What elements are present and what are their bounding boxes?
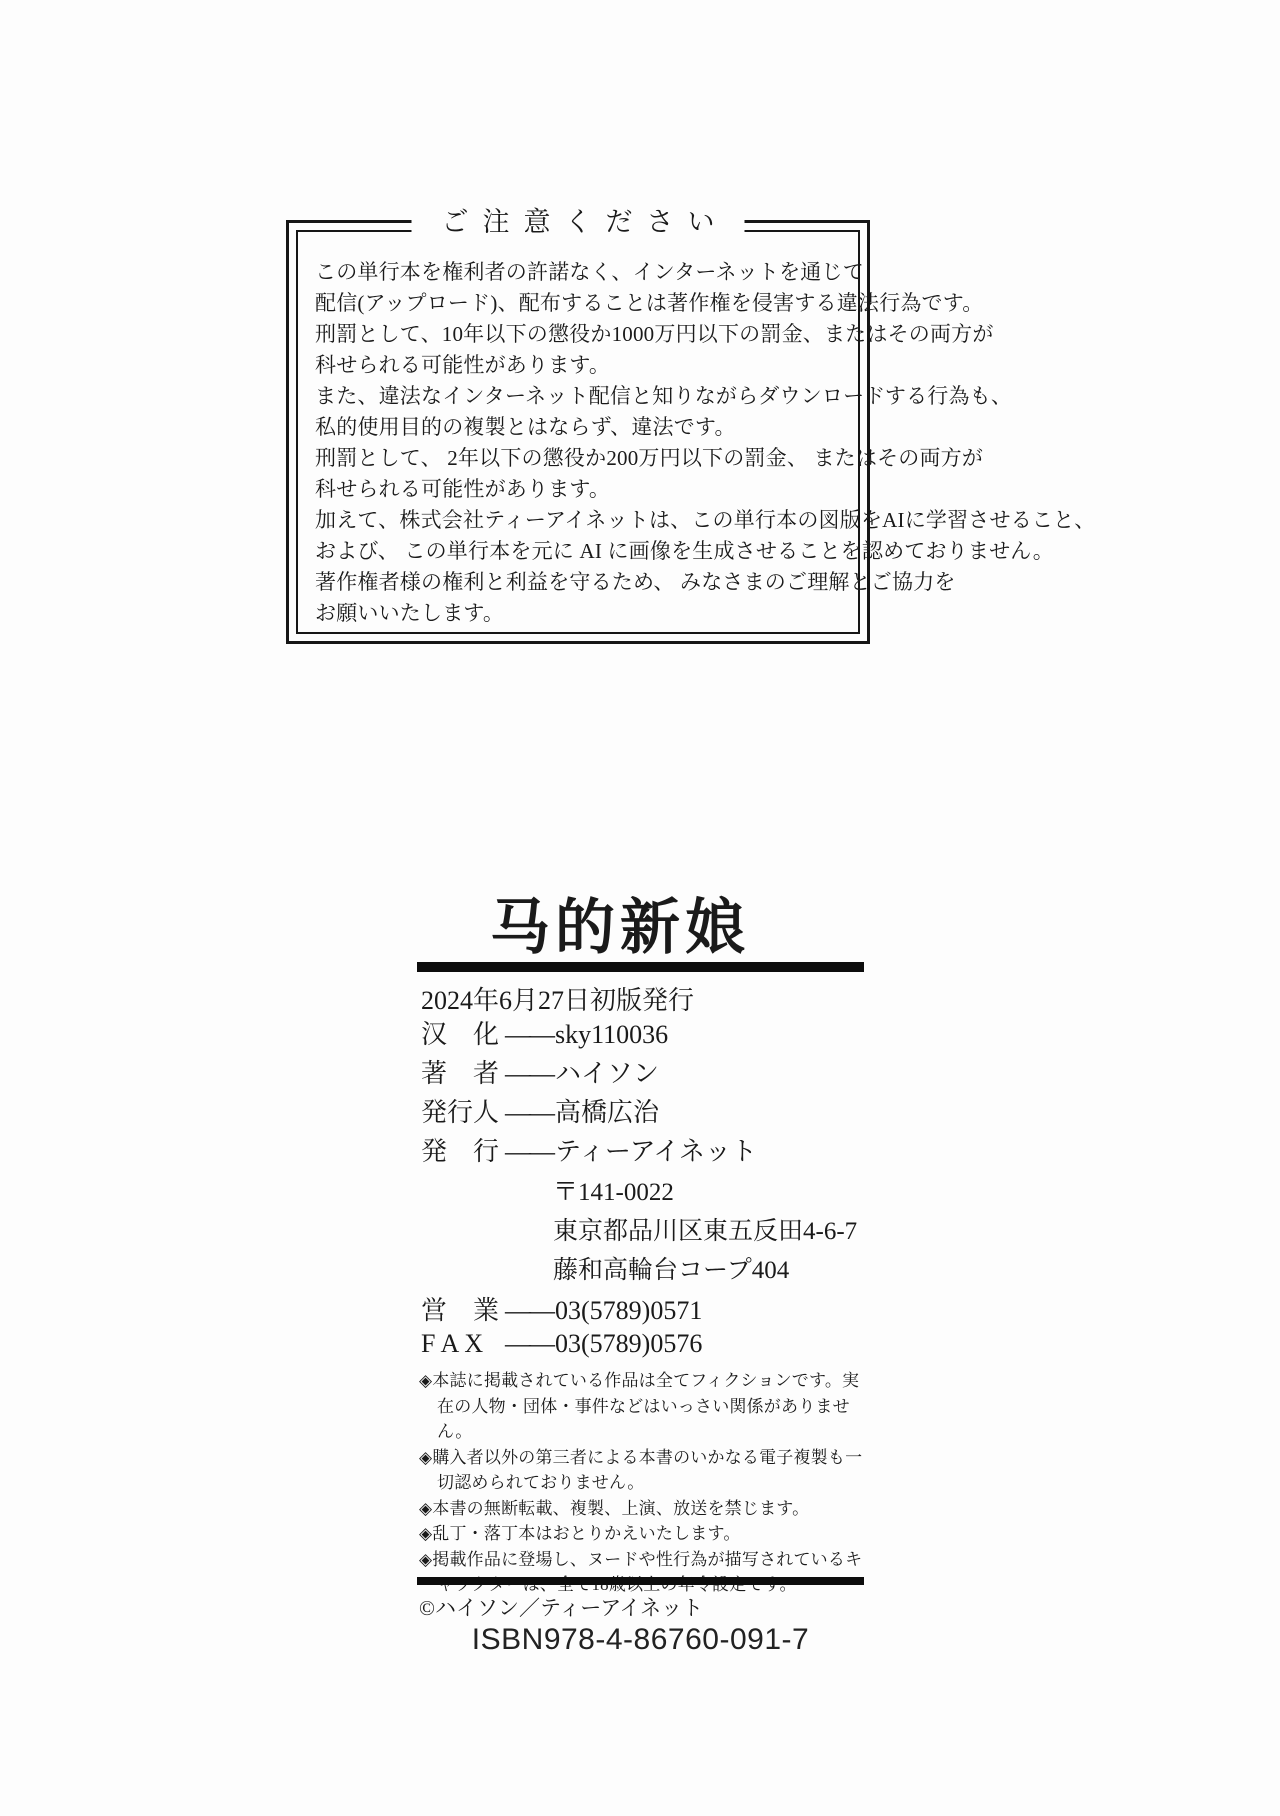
row-label: 汉 化: [421, 1014, 505, 1051]
notice-line: 私的使用目的の複製とはならず、違法です。: [315, 412, 855, 443]
note-item: ◈本書の無断転載、複製、上演、放送を禁じます。: [419, 1496, 871, 1522]
postal-code: 〒141-0022: [553, 1172, 674, 1208]
notice-line: 科せられる可能性があります。: [315, 474, 855, 505]
copyright-line: ©ハイソン／ティーアイネット: [419, 1592, 703, 1622]
note-text: 本誌に掲載されている作品は全てフィクションです。実在の人物・団体・事件などはいっ…: [432, 1371, 859, 1441]
note-item: ◈本誌に掲載されている作品は全てフィクションです。実在の人物・団体・事件などはい…: [419, 1368, 871, 1445]
row-label: 営 業: [421, 1290, 505, 1327]
legal-notes: ◈本誌に掲載されている作品は全てフィクションです。実在の人物・団体・事件などはい…: [419, 1368, 871, 1598]
colophon-row-author: 著 者——ハイソン: [421, 1053, 659, 1090]
notice-line: 著作権者様の権利と利益を守るため、 みなさまのご理解とご協力を: [315, 567, 855, 598]
diamond-bullet-icon: ◈: [419, 1524, 432, 1543]
row-label: F A X: [421, 1329, 505, 1359]
notice-line: 科せられる可能性があります。: [315, 350, 855, 381]
title-rule: [417, 962, 864, 972]
note-text: 乱丁・落丁本はおとりかえいたします。: [432, 1524, 740, 1543]
edition-date: 2024年6月27日初版発行: [421, 980, 694, 1017]
row-label: 発 行: [421, 1131, 505, 1168]
row-label: 発行人: [421, 1092, 505, 1129]
notice-line: この単行本を権利者の許諾なく、インターネットを通じて: [315, 257, 855, 288]
row-dash: ——: [505, 1059, 553, 1089]
note-item: ◈乱丁・落丁本はおとりかえいたします。: [419, 1521, 871, 1547]
notice-line: 配信(アップロード)、配布することは著作権を侵害する違法行為です。: [315, 288, 855, 319]
notice-line: 刑罰として、10年以下の懲役か1000万円以下の罰金、またはその両方が: [315, 319, 855, 350]
diamond-bullet-icon: ◈: [419, 1550, 432, 1569]
colophon-row-publisher-company: 発 行——ティーアイネット: [421, 1131, 757, 1168]
note-item: ◈購入者以外の第三者による本書のいかなる電子複製も一切認められておりません。: [419, 1445, 871, 1496]
diamond-bullet-icon: ◈: [419, 1448, 432, 1467]
bottom-rule: [417, 1577, 864, 1585]
row-value: 03(5789)0571: [555, 1296, 702, 1326]
row-value: sky110036: [555, 1020, 668, 1050]
copyright-notice-box: ご注意ください この単行本を権利者の許諾なく、インターネットを通じて 配信(アッ…: [286, 220, 870, 644]
book-title: 马的新娘: [490, 880, 750, 966]
row-dash: ——: [505, 1098, 553, 1128]
notice-line: 加えて、株式会社ティーアイネットは、この単行本の図版をAIに学習させること、: [315, 505, 855, 536]
notice-body: この単行本を権利者の許諾なく、インターネットを通じて 配信(アップロード)、配布…: [315, 257, 855, 629]
note-text: 掲載作品に登場し、ヌードや性行為が描写されているキャラクターは、全て18歳以上の…: [432, 1550, 862, 1595]
row-dash: ——: [505, 1137, 553, 1167]
colophon-row-fax: F A X——03(5789)0576: [421, 1329, 702, 1359]
row-dash: ——: [505, 1020, 553, 1050]
notice-line: 刑罰として、 2年以下の懲役か200万円以下の罰金、 またはその両方が: [315, 443, 855, 474]
row-value: ティーアイネット: [555, 1131, 757, 1168]
row-label: 著 者: [421, 1053, 505, 1090]
notice-line: また、違法なインターネット配信と知りながらダウンロードする行為も、: [315, 381, 855, 412]
note-text: 本書の無断転載、複製、上演、放送を禁じます。: [432, 1499, 809, 1518]
colophon-row-translation: 汉 化——sky110036: [421, 1014, 668, 1051]
colophon-row-sales-phone: 営 業——03(5789)0571: [421, 1290, 702, 1327]
notice-line: および、 この単行本を元に AI に画像を生成させることを認めておりません。: [315, 536, 855, 567]
address-line: 藤和高輪台コープ404: [553, 1250, 789, 1286]
row-value: 高橋広治: [555, 1092, 659, 1129]
note-item: ◈掲載作品に登場し、ヌードや性行為が描写されているキャラクターは、全て18歳以上…: [419, 1547, 871, 1598]
notice-line: お願いいたします。: [315, 598, 855, 629]
isbn-number: ISBN978-4-86760-091-7: [417, 1623, 864, 1657]
colophon-row-publisher-person: 発行人——高橋広治: [421, 1092, 659, 1129]
diamond-bullet-icon: ◈: [419, 1371, 432, 1390]
notice-title: ご注意ください: [412, 206, 745, 238]
address-line: 東京都品川区東五反田4-6-7: [553, 1211, 857, 1247]
row-dash: ——: [505, 1329, 553, 1359]
note-text: 購入者以外の第三者による本書のいかなる電子複製も一切認められておりません。: [432, 1448, 862, 1493]
row-dash: ——: [505, 1296, 553, 1326]
row-value: ハイソン: [555, 1053, 659, 1090]
diamond-bullet-icon: ◈: [419, 1499, 432, 1518]
row-value: 03(5789)0576: [555, 1329, 702, 1359]
